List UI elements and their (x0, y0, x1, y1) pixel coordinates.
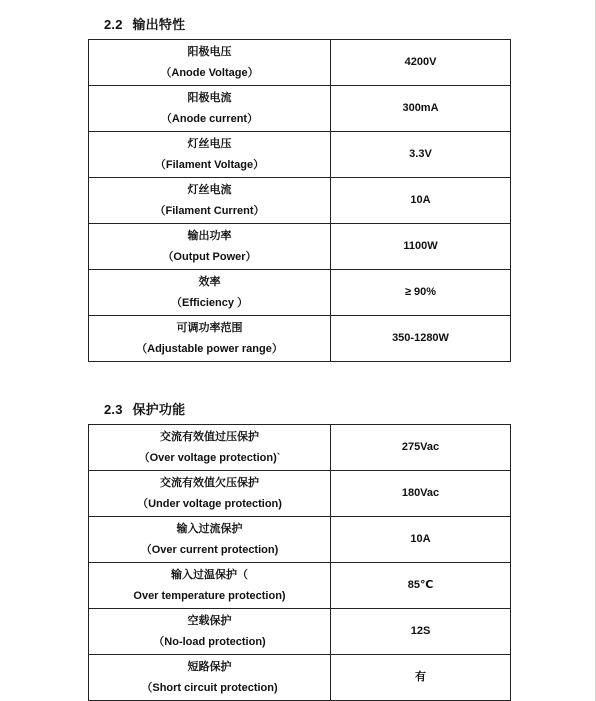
table-row: 输入过温保护（ Over temperature protection) 85℃ (89, 563, 511, 609)
param-name-en: （Filament Voltage） (89, 160, 330, 171)
param-name-en: （Anode Voltage） (89, 68, 330, 79)
param-name-zh: 阳极电压 (89, 47, 330, 58)
value-cell: 有 (331, 655, 511, 701)
value-cell: 300mA (331, 86, 511, 132)
param-name-zh: 输入过温保护（ (89, 570, 330, 581)
section-number: 2.2 (104, 17, 123, 32)
table-row: 输出功率 （Output Power） 1100W (89, 224, 511, 270)
param-name-zh: 阳极电流 (89, 93, 330, 104)
param-name-en: （Filament Current） (89, 206, 330, 217)
section-title: 输出特性 (132, 17, 185, 32)
value-cell: ≥ 90% (331, 270, 511, 316)
table-row: 交流有效值过压保护 （Over voltage protection)` 275… (89, 425, 511, 471)
param-name-zh: 输出功率 (89, 231, 330, 242)
param-name-en: （Under voltage protection) (89, 499, 330, 510)
param-cell: 输入过流保护 （Over current protection) (89, 517, 331, 563)
section-heading-output-characteristics: 2.2 输出特性 (104, 14, 185, 33)
param-name-zh: 空载保护 (89, 616, 330, 627)
table-row: 输入过流保护 （Over current protection) 10A (89, 517, 511, 563)
param-cell: 阳极电压 （Anode Voltage） (89, 40, 331, 86)
section-heading-protection-functions: 2.3 保护功能 (104, 399, 185, 418)
param-name-en: （Anode current） (89, 114, 330, 125)
section-number: 2.3 (104, 402, 123, 417)
param-name-en: （Over voltage protection)` (89, 453, 330, 464)
table-row: 阳极电压 （Anode Voltage） 4200V (89, 40, 511, 86)
table-row: 空载保护 （No-load protection) 12S (89, 609, 511, 655)
param-cell: 灯丝电压 （Filament Voltage） (89, 132, 331, 178)
value-cell: 1100W (331, 224, 511, 270)
section-title: 保护功能 (132, 402, 185, 417)
param-name-en: Over temperature protection) (89, 591, 330, 602)
param-name-zh: 效率 (89, 277, 330, 288)
table-row: 交流有效值欠压保护 （Under voltage protection) 180… (89, 471, 511, 517)
param-name-en: （Over current protection) (89, 545, 330, 556)
param-cell: 交流有效值过压保护 （Over voltage protection)` (89, 425, 331, 471)
value-cell: 180Vac (331, 471, 511, 517)
param-cell: 阳极电流 （Anode current） (89, 86, 331, 132)
table-row: 灯丝电流 （Filament Current） 10A (89, 178, 511, 224)
param-name-en: （Short circuit protection) (89, 683, 330, 694)
output-characteristics-table: 阳极电压 （Anode Voltage） 4200V 阳极电流 （Anode c… (88, 39, 511, 362)
param-name-en: （Adjustable power range） (89, 344, 330, 355)
param-cell: 输入过温保护（ Over temperature protection) (89, 563, 331, 609)
table-row: 灯丝电压 （Filament Voltage） 3.3V (89, 132, 511, 178)
param-name-en: （Efficiency ） (89, 298, 330, 309)
table-row: 可调功率范围 （Adjustable power range） 350-1280… (89, 316, 511, 362)
param-name-zh: 短路保护 (89, 662, 330, 673)
value-cell: 12S (331, 609, 511, 655)
value-cell: 3.3V (331, 132, 511, 178)
param-name-zh: 灯丝电流 (89, 185, 330, 196)
param-cell: 空载保护 （No-load protection) (89, 609, 331, 655)
param-cell: 灯丝电流 （Filament Current） (89, 178, 331, 224)
param-name-zh: 灯丝电压 (89, 139, 330, 150)
param-name-zh: 交流有效值欠压保护 (89, 478, 330, 489)
param-cell: 可调功率范围 （Adjustable power range） (89, 316, 331, 362)
table-row: 效率 （Efficiency ） ≥ 90% (89, 270, 511, 316)
value-cell: 275Vac (331, 425, 511, 471)
value-cell: 4200V (331, 40, 511, 86)
param-cell: 短路保护 （Short circuit protection) (89, 655, 331, 701)
param-cell: 交流有效值欠压保护 （Under voltage protection) (89, 471, 331, 517)
param-cell: 效率 （Efficiency ） (89, 270, 331, 316)
value-cell: 10A (331, 178, 511, 224)
value-cell: 85℃ (331, 563, 511, 609)
param-name-zh: 输入过流保护 (89, 524, 330, 535)
param-cell: 输出功率 （Output Power） (89, 224, 331, 270)
value-cell: 350-1280W (331, 316, 511, 362)
table-row: 阳极电流 （Anode current） 300mA (89, 86, 511, 132)
protection-functions-table: 交流有效值过压保护 （Over voltage protection)` 275… (88, 424, 511, 701)
param-name-en: （No-load protection) (89, 637, 330, 648)
param-name-zh: 交流有效值过压保护 (89, 432, 330, 443)
table-row: 短路保护 （Short circuit protection) 有 (89, 655, 511, 701)
value-cell: 10A (331, 517, 511, 563)
param-name-en: （Output Power） (89, 252, 330, 263)
param-name-zh: 可调功率范围 (89, 323, 330, 334)
